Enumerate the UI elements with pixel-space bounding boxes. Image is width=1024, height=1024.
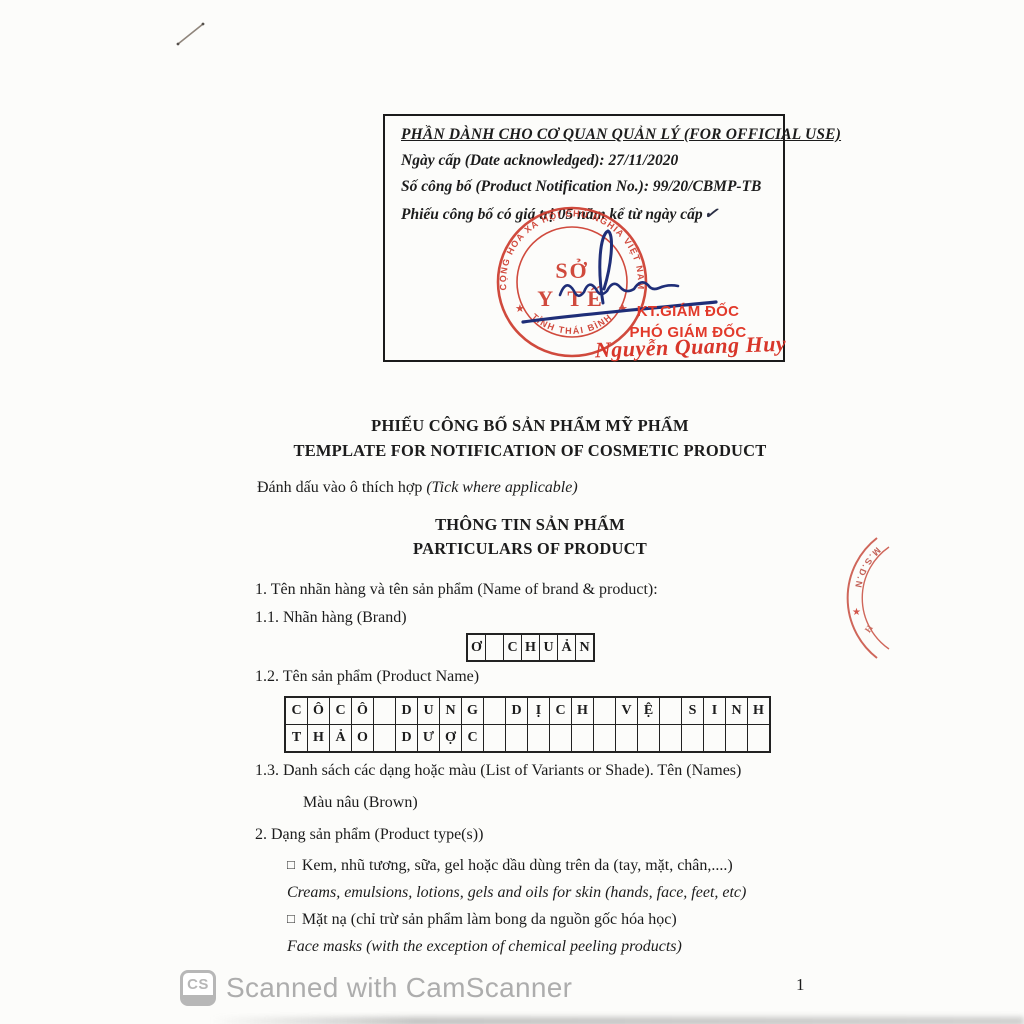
letter-cell: C (503, 635, 521, 660)
letter-cell: Ư (417, 725, 439, 751)
letter-cell (505, 725, 527, 751)
side-stamp-arc-text: M.S.D.N (853, 545, 883, 590)
letter-cell (637, 725, 659, 751)
letter-cell (593, 698, 615, 724)
letter-cell: S (681, 698, 703, 724)
letter-cell (483, 698, 505, 724)
page-number: 1 (796, 975, 805, 995)
camscanner-watermark: Scanned with CamScanner (226, 972, 572, 1004)
product-name-letter-grid: CÔCÔDUNGDỊCHVỆSINH THẢODƯỢC (284, 696, 771, 753)
letter-cell: Ị (527, 698, 549, 724)
tick-note: Đánh dấu vào ô thích hợp (Tick where app… (257, 479, 578, 497)
letter-cell (703, 725, 725, 751)
letter-cell: H (521, 635, 539, 660)
pencil-mark (174, 20, 208, 48)
side-stamp-star-icon: ★ (852, 607, 861, 618)
letter-cell: G (461, 698, 483, 724)
item-1-3-label: 1.3. Danh sách các dạng hoặc màu (List o… (255, 762, 741, 780)
letter-cell (747, 725, 769, 751)
brand-letter-grid: ƠCHUẢN (466, 633, 595, 662)
type-option-1-en: Creams, emulsions, lotions, gels and oil… (287, 884, 746, 902)
official-use-heading: PHẦN DÀNH CHO CƠ QUAN QUẢN LÝ (FOR OFFIC… (401, 126, 769, 144)
svg-text:M.S.D.N: M.S.D.N (853, 545, 883, 590)
type-option-2-vi: □Mặt nạ (chỉ trừ sản phẩm làm bong da ng… (287, 911, 677, 929)
letter-cell: H (571, 698, 593, 724)
variant-value: Màu nâu (Brown) (303, 794, 418, 812)
letter-cell: O (351, 725, 373, 751)
letter-cell: D (395, 725, 417, 751)
letter-cell: V (615, 698, 637, 724)
letter-cell: Ợ (439, 725, 461, 751)
signer-title-line1: KT.GIÁM ĐỐC (598, 301, 778, 322)
letter-cell (483, 725, 505, 751)
letter-cell: N (439, 698, 461, 724)
letter-cell: U (539, 635, 557, 660)
letter-cell: H (747, 698, 769, 724)
letter-cell: Ệ (637, 698, 659, 724)
product-name-row-2: THẢODƯỢC (286, 724, 769, 751)
doc-title-vi: PHIẾU CÔNG BỐ SẢN PHẨM MỸ PHẨM (40, 416, 1020, 436)
letter-cell: D (505, 698, 527, 724)
letter-cell: C (461, 725, 483, 751)
letter-cell (373, 725, 395, 751)
letter-cell: D (395, 698, 417, 724)
letter-cell: C (286, 698, 307, 724)
letter-cell: C (329, 698, 351, 724)
letter-cell (659, 725, 681, 751)
type-option-1-vi: □Kem, nhũ tương, sữa, gel hoặc dầu dùng … (287, 857, 733, 875)
letter-cell (485, 635, 503, 660)
product-name-row-1: CÔCÔDUNGDỊCHVỆSINH (286, 698, 769, 724)
letter-cell: T (286, 725, 307, 751)
checkbox-unchecked-icon: □ (287, 857, 295, 872)
letter-cell (527, 725, 549, 751)
letter-cell: N (575, 635, 593, 660)
item-2-label: 2. Dạng sản phẩm (Product type(s)) (255, 826, 483, 844)
scanned-document-page: PHẦN DÀNH CHO CƠ QUAN QUẢN LÝ (FOR OFFIC… (0, 0, 1024, 1024)
letter-cell (373, 698, 395, 724)
letter-cell (549, 725, 571, 751)
letter-cell (659, 698, 681, 724)
item-1-label: 1. Tên nhãn hàng và tên sản phẩm (Name o… (255, 581, 658, 599)
date-acknowledged-line: Ngày cấp (Date acknowledged): 27/11/2020 (401, 152, 769, 170)
letter-cell (681, 725, 703, 751)
item-1-2-label: 1.2. Tên sản phẩm (Product Name) (255, 668, 479, 686)
letter-cell: U (417, 698, 439, 724)
letter-cell: Ô (307, 698, 329, 724)
letter-cell: Ả (557, 635, 575, 660)
letter-cell (725, 725, 747, 751)
letter-cell: Ơ (468, 635, 485, 660)
letter-cell: C (549, 698, 571, 724)
side-partial-stamp: M.S.D.N ★ H (828, 525, 908, 675)
letter-cell (593, 725, 615, 751)
item-1-1-label: 1.1. Nhãn hàng (Brand) (255, 609, 407, 627)
letter-cell: I (703, 698, 725, 724)
letter-cell: Ô (351, 698, 373, 724)
letter-cell: Ả (329, 725, 351, 751)
pen-tick-mark: ✓ (701, 203, 722, 224)
notification-number-line: Số công bố (Product Notification No.): 9… (401, 178, 769, 196)
camscanner-logo-icon: CS (180, 970, 216, 1006)
letter-cell (615, 725, 637, 751)
letter-cell (571, 725, 593, 751)
scan-edge-shadow (210, 1017, 1024, 1024)
letter-cell: N (725, 698, 747, 724)
checkbox-unchecked-icon: □ (287, 911, 295, 926)
doc-title-en: TEMPLATE FOR NOTIFICATION OF COSMETIC PR… (40, 441, 1020, 461)
type-option-2-en: Face masks (with the exception of chemic… (287, 938, 682, 956)
letter-cell: H (307, 725, 329, 751)
